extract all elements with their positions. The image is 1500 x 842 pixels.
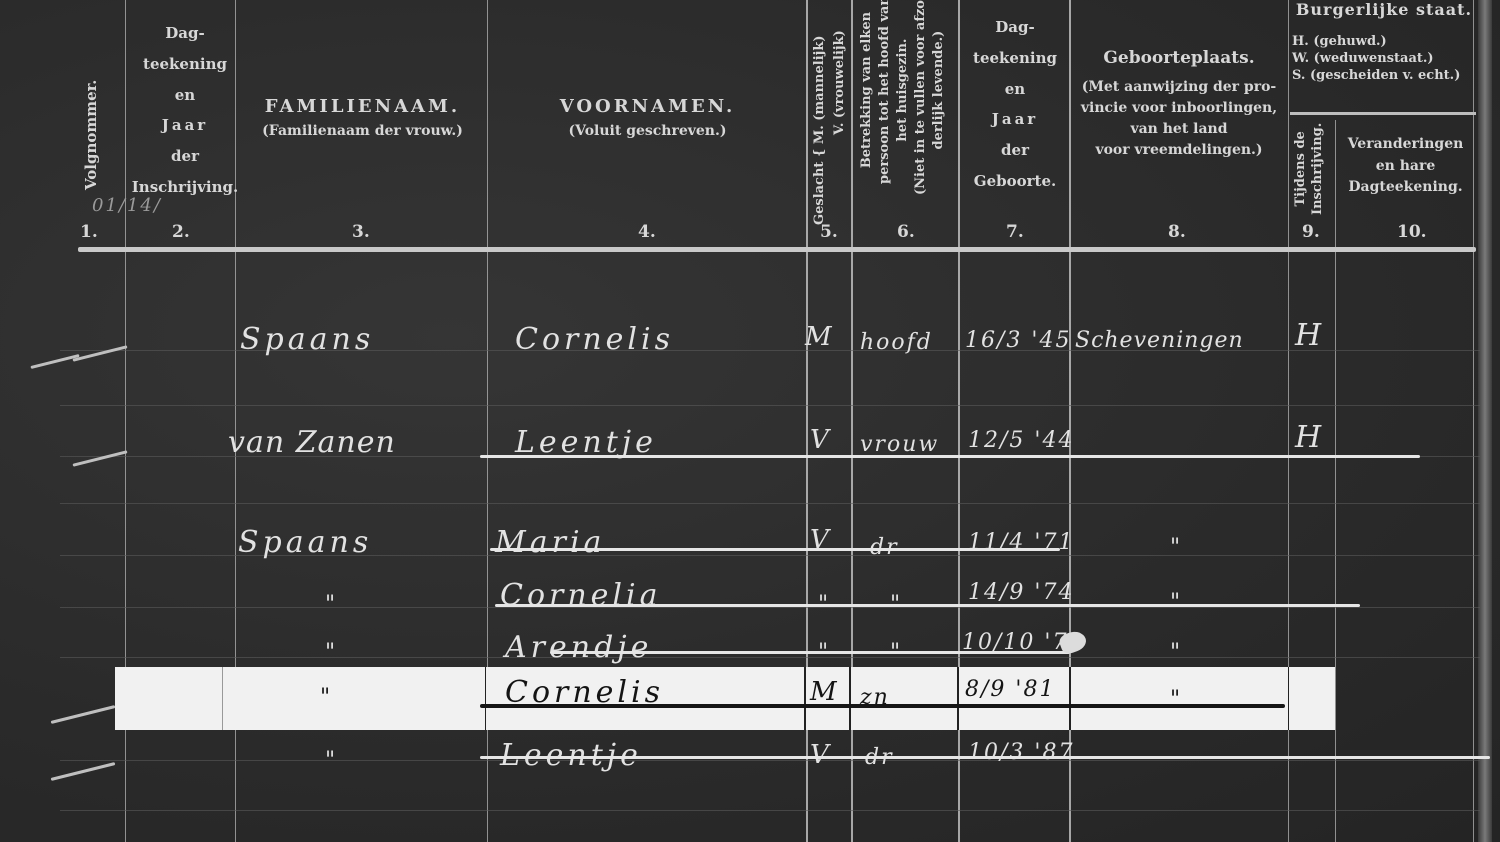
margin-mark: [51, 705, 116, 724]
familienaam-cell: ": [325, 748, 337, 773]
header-burgerlijke-staat: Burgerlijke staat. H. (gehuwd.) W. (wedu…: [1292, 0, 1476, 85]
geslacht-cell: M: [810, 677, 841, 707]
margin-mark: [30, 354, 79, 369]
geboorteplaats-cell: ": [1170, 535, 1182, 560]
betrekking-cell: hoofd: [860, 330, 933, 355]
header-tijdens-inschrijving: Tijdens de Inschrijving.: [1292, 123, 1326, 215]
familienaam-cell: van Zanen: [228, 425, 396, 460]
strikethrough-line: [480, 704, 1285, 708]
voornamen-cell: Cornelis: [515, 322, 674, 357]
column-number-8: 8.: [1168, 222, 1186, 242]
geslacht-cell: M: [805, 322, 836, 352]
strikethrough-line: [480, 756, 1490, 759]
burgerlijke-divider: [1290, 112, 1476, 115]
header-geboorte: Dag- teekening en Jaar der Geboorte.: [962, 18, 1068, 191]
header-voornamen: VOORNAMEN. (Voluit geschreven.): [490, 96, 805, 140]
geboorte-cell: 14/9 '74: [968, 580, 1074, 605]
column-number-2: 2.: [172, 222, 190, 242]
geboorteplaats-cell: ": [1170, 590, 1182, 615]
geboorteplaats-cell: ": [1170, 687, 1182, 712]
strikethrough-line: [490, 548, 1060, 551]
geboorteplaats-cell: ": [1170, 640, 1182, 665]
geboorte-cell: 8/9 '81: [965, 677, 1055, 702]
header-betrekking: Betrekking van elken persoon tot het hoo…: [858, 0, 948, 195]
column-number-3: 3.: [352, 222, 370, 242]
column-number-7: 7.: [1006, 222, 1024, 242]
familienaam-cell: ": [320, 685, 332, 710]
column-rule: [1335, 120, 1336, 842]
highlighted-row[interactable]: " Cornelis M zn 8/9 '81 ": [115, 667, 1335, 730]
voornamen-cell: Cornelia: [500, 578, 662, 613]
column-number-9: 9.: [1302, 222, 1320, 242]
familienaam-cell: ": [325, 592, 337, 617]
handwritten-inscription-date: 01/14/: [92, 195, 162, 216]
betrekking-cell: vrouw: [860, 432, 939, 457]
familienaam-cell: ": [325, 640, 337, 665]
strikethrough-line: [480, 455, 1420, 458]
margin-mark: [72, 450, 127, 466]
strikethrough-line: [550, 651, 1070, 654]
column-number-10: 10.: [1397, 222, 1427, 242]
burgerlijke-staat-cell: H: [1295, 420, 1325, 455]
column-number-6: 6.: [897, 222, 915, 242]
header-separator: [78, 247, 1476, 252]
header-geslacht-v: V. (vrouwelijk): [832, 30, 847, 135]
header-inschrijving: Dag- teekening en Jaar der Inschrijving.: [130, 24, 240, 197]
geslacht-cell: V: [810, 740, 833, 770]
geboorte-cell: 12/5 '44: [968, 428, 1074, 453]
register-page: Volgnommer. 1. 01/14/ Dag- teekening en …: [0, 0, 1500, 842]
margin-mark: [51, 762, 116, 781]
header-geboorteplaats: Geboorteplaats. (Met aanwijzing der pro-…: [1072, 48, 1286, 161]
geboorteplaats-cell: Scheveningen: [1075, 328, 1244, 353]
familienaam-cell: Spaans: [240, 322, 374, 357]
column-rule: [1473, 0, 1474, 842]
header-familienaam: FAMILIENAAM. (Familienaam der vrouw.): [240, 96, 485, 140]
header-veranderingen: Veranderingen en hare Dagteekening.: [1338, 134, 1473, 199]
geboorte-cell: 10/3 '87: [968, 740, 1074, 765]
header-volgnommer: Volgnommer.: [82, 80, 100, 190]
column-number-5: 5.: [820, 222, 838, 242]
header-geslacht-m: Geslacht { M. (mannelijk): [812, 35, 827, 225]
strikethrough-line: [495, 604, 1360, 607]
geboorte-cell: 11/4 '71: [968, 530, 1074, 555]
margin-mark: [72, 345, 127, 361]
familienaam-cell: Spaans: [238, 525, 372, 560]
book-binding-edge: [1478, 0, 1492, 842]
geslacht-cell: V: [810, 425, 833, 455]
voornamen-cell: Maria: [495, 525, 605, 560]
burgerlijke-staat-cell: H: [1295, 318, 1325, 353]
column-number-1: 1.: [80, 222, 98, 242]
geboorte-cell: 16/3 '45: [965, 328, 1071, 353]
voornamen-cell: Arendje: [505, 630, 652, 665]
column-number-4: 4.: [638, 222, 656, 242]
